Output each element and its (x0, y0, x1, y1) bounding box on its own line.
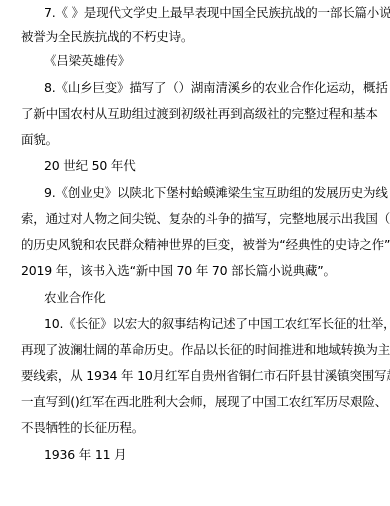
question-10-line-2: 再现了波澜壮阔的革命历史。作品以长征的时间推进和地域转换为主 (21, 342, 371, 358)
question-10-line-4: 一直写到()红军在西北胜利大会师，展现了中国工农红军历尽艰险、 (21, 394, 371, 410)
question-10-answer: 1936 年 11 月 (44, 447, 390, 463)
question-9-line-3: 的历史风貌和农民群众精神世界的巨变，被誉为“经典性的史诗之作”。 (21, 237, 371, 253)
question-10-line-5: 不畏牺牲的长征历程。 (21, 420, 371, 436)
question-10-line-3: 要线索，从 1934 年 10月红军自贵州省铜仁市石阡县甘溪镇突围写起， (21, 368, 371, 384)
question-9-answer: 农业合作化 (44, 290, 390, 306)
question-8-answer: 20 世纪 50 年代 (44, 158, 390, 174)
question-10-line-1: 10.《长征》以宏大的叙事结构记述了中国工农红军长征的壮举， (44, 316, 390, 332)
question-9-line-2: 索，通过对人物之间尖锐、复杂的斗争的描写，完整地展示出我国（） (21, 211, 371, 227)
question-7-line-1: 7.《 》是现代文学史上最早表现中国全民族抗战的一部长篇小说， (44, 5, 390, 21)
question-7-line-2: 被誉为全民族抗战的不朽史诗。 (21, 29, 371, 45)
question-9-line-4: 2019 年，该书入选“新中国 70 年 70 部长篇小说典藏”。 (21, 263, 371, 279)
question-8-line-1: 8.《山乡巨变》描写了（）湖南清溪乡的农业合作化运动，概括 (44, 80, 390, 96)
question-8-line-2: 了新中国农村从互助组过渡到初级社再到高级社的完整过程和基本 (21, 106, 371, 122)
question-9-line-1: 9.《创业史》以陕北下堡村蛤蟆滩梁生宝互助组的发展历史为线 (44, 185, 390, 201)
question-8-line-3: 面貌。 (21, 132, 371, 148)
question-7-answer: 《吕梁英雄传》 (44, 53, 390, 69)
